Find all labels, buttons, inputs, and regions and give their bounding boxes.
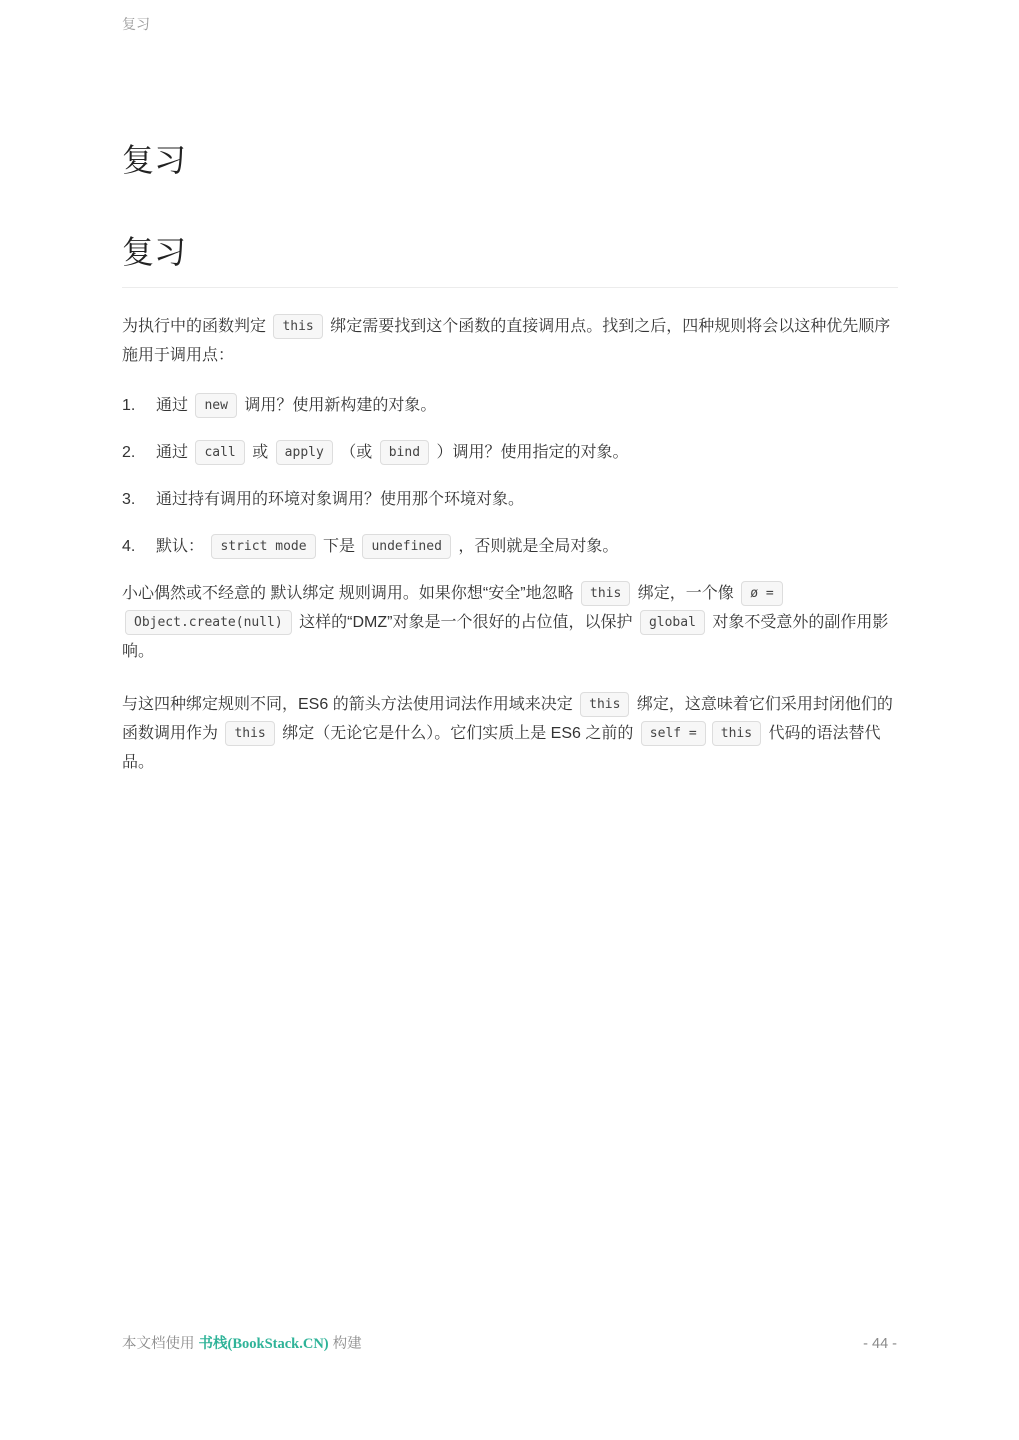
footer-builder-note: 本文档使用 书栈(BookStack.CN) 构建: [122, 1332, 362, 1353]
inline-code: global: [640, 610, 705, 635]
text-run: 小心偶然或不经意的: [122, 585, 270, 602]
paragraph-arrow-functions: 与这四种绑定规则不同，ES6 的箭头方法使用词法作用域来决定 this 绑定，这…: [122, 690, 898, 777]
text-run: 通过: [156, 444, 192, 461]
page-footer: 本文档使用 书栈(BookStack.CN) 构建 - 44 -: [122, 1332, 897, 1353]
list-item-text: 通过 call 或 apply （或 bind ）调用？使用指定的对象。: [156, 438, 898, 468]
text-run: 为执行中的函数判定: [122, 318, 270, 335]
inline-code: this: [273, 314, 322, 339]
bookstack-brand-link[interactable]: 书栈(BookStack.CN): [199, 1336, 329, 1352]
list-marker: 3.: [122, 485, 156, 515]
inline-code: this: [225, 721, 274, 746]
text-run: 这样的“DMZ”对象是一个很好的占位值，以保护: [295, 614, 637, 631]
inline-code: apply: [276, 440, 333, 465]
list-item: 3.通过持有调用的环境对象调用？使用那个环境对象。: [122, 485, 898, 515]
text-run: 或: [248, 444, 273, 461]
page-content: 复习 复习 为执行中的函数判定 this 绑定需要找到这个函数的直接调用点。找到…: [122, 0, 898, 777]
inline-code: undefined: [362, 534, 450, 559]
inline-code: strict mode: [211, 534, 315, 559]
page-number: - 44 -: [863, 1336, 897, 1352]
list-marker: 1.: [122, 391, 156, 421]
section-heading: 复习: [122, 233, 898, 288]
text-run: 绑定（无论它是什么）。它们实质上是 ES6 之前的: [278, 725, 638, 742]
text-run: 通过持有调用的环境对象调用？使用那个环境对象。: [156, 491, 524, 508]
binding-rules-list: 1.通过 new 调用？使用新构建的对象。2.通过 call 或 apply （…: [122, 391, 898, 562]
inline-code: Object.create(null): [125, 610, 292, 635]
list-marker: 4.: [122, 532, 156, 562]
inline-code: this: [580, 692, 629, 717]
text-run: ，否则就是全局对象。: [454, 538, 618, 555]
text-run: ）调用？使用指定的对象。: [432, 444, 628, 461]
text-run: （或: [336, 444, 377, 461]
list-item: 4.默认： strict mode 下是 undefined ，否则就是全局对象…: [122, 532, 898, 562]
text-run: 下是: [319, 538, 360, 555]
list-item-text: 通过持有调用的环境对象调用？使用那个环境对象。: [156, 485, 898, 515]
document-page: 复习 复习 复习 为执行中的函数判定 this 绑定需要找到这个函数的直接调用点…: [0, 0, 1019, 1440]
text-run: 调用？使用新构建的对象。: [240, 397, 436, 414]
list-item: 1.通过 new 调用？使用新构建的对象。: [122, 391, 898, 421]
inline-code: this: [581, 581, 630, 606]
list-item: 2.通过 call 或 apply （或 bind ）调用？使用指定的对象。: [122, 438, 898, 468]
inline-code: bind: [380, 440, 429, 465]
list-item-text: 通过 new 调用？使用新构建的对象。: [156, 391, 898, 421]
inline-code: self =: [641, 721, 706, 746]
list-marker: 2.: [122, 438, 156, 468]
footer-prefix: 本文档使用: [122, 1336, 199, 1352]
text-run: 规则调用。如果你想“安全”地忽略: [334, 585, 578, 602]
emphasis-text: 默认绑定: [270, 585, 334, 602]
footer-suffix: 构建: [329, 1336, 362, 1352]
text-run: 通过: [156, 397, 192, 414]
inline-code: call: [195, 440, 244, 465]
list-item-text: 默认： strict mode 下是 undefined ，否则就是全局对象。: [156, 532, 898, 562]
inline-code: new: [195, 393, 236, 418]
paragraph-dmz: 小心偶然或不经意的 默认绑定 规则调用。如果你想“安全”地忽略 this 绑定，…: [122, 579, 898, 666]
text-run: 与这四种绑定规则不同，ES6 的箭头方法使用词法作用域来决定: [122, 696, 577, 713]
inline-code: ø =: [741, 581, 782, 606]
paragraph-intro: 为执行中的函数判定 this 绑定需要找到这个函数的直接调用点。找到之后，四种规…: [122, 312, 898, 370]
text-run: 默认：: [156, 538, 208, 555]
inline-code: this: [712, 721, 761, 746]
page-title: 复习: [122, 141, 898, 179]
text-run: 绑定，一个像: [633, 585, 738, 602]
